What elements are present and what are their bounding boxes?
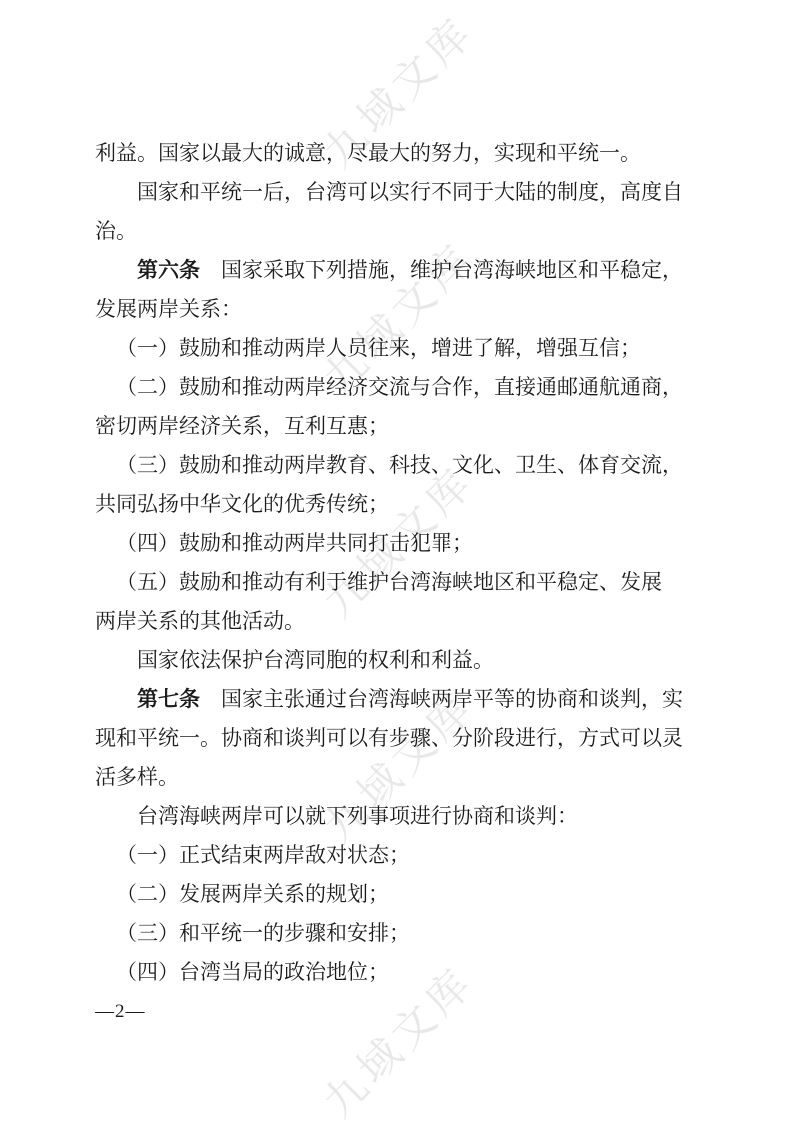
doc-line-text: （一）正式结束两岸敌对状态； xyxy=(116,843,410,867)
doc-line-text: 共同弘扬中华文化的优秀传统； xyxy=(95,492,389,516)
doc-line: 共同弘扬中华文化的优秀传统； xyxy=(95,485,697,524)
page-number-text: —2— xyxy=(95,1001,146,1022)
doc-line-text: 发展两岸关系： xyxy=(95,297,242,321)
doc-line-text: 国家依法保护台湾同胞的权利和利益。 xyxy=(137,648,494,672)
doc-line-list-item: （一）正式结束两岸敌对状态； xyxy=(95,836,697,875)
doc-line-text: 国家和平统一后，台湾可以实行不同于大陆的制度，高度自 xyxy=(137,180,683,204)
doc-line-list-item: （四）台湾当局的政治地位； xyxy=(95,953,697,992)
doc-line-text: 治。 xyxy=(95,219,137,243)
doc-line: 国家和平统一后，台湾可以实行不同于大陆的制度，高度自 xyxy=(95,173,697,212)
article-number-label: 第六条 xyxy=(137,258,200,282)
doc-line-list-item: （四）鼓励和推动两岸共同打击犯罪； xyxy=(95,524,697,563)
doc-line-article-6: 第六条 国家采取下列措施，维护台湾海峡地区和平稳定， xyxy=(95,251,697,290)
document-page-body: 利益。国家以最大的诚意，尽最大的努力，实现和平统一。 国家和平统一后，台湾可以实… xyxy=(95,134,697,1031)
doc-line-text: （三）和平统一的步骤和安排； xyxy=(116,921,410,945)
doc-line-text: （三）鼓励和推动两岸教育、科技、文化、卫生、体育交流， xyxy=(116,453,683,477)
doc-line-text: 两岸关系的其他活动。 xyxy=(95,609,305,633)
doc-line-list-item: （一）鼓励和推动两岸人员往来，增进了解，增强互信； xyxy=(95,329,697,368)
doc-line-text: 国家主张通过台湾海峡两岸平等的协商和谈判，实 xyxy=(200,687,683,711)
doc-line-text: 活多样。 xyxy=(95,765,179,789)
doc-line-list-item: （三）和平统一的步骤和安排； xyxy=(95,914,697,953)
page-number: —2— xyxy=(95,992,697,1031)
doc-line-text: 台湾海峡两岸可以就下列事项进行协商和谈判： xyxy=(137,804,578,828)
doc-line: 利益。国家以最大的诚意，尽最大的努力，实现和平统一。 xyxy=(95,134,697,173)
doc-line-list-item: （五）鼓励和推动有利于维护台湾海峡地区和平稳定、发展 xyxy=(95,563,697,602)
doc-line-list-item: （二）发展两岸关系的规划； xyxy=(95,875,697,914)
doc-line-text: （五）鼓励和推动有利于维护台湾海峡地区和平稳定、发展 xyxy=(116,570,662,594)
doc-line-list-item: （二）鼓励和推动两岸经济交流与合作，直接通邮通航通商， xyxy=(95,368,697,407)
doc-line-text: 现和平统一。协商和谈判可以有步骤、分阶段进行，方式可以灵 xyxy=(95,726,683,750)
doc-line-text: （二）鼓励和推动两岸经济交流与合作，直接通邮通航通商， xyxy=(116,375,683,399)
article-number-label: 第七条 xyxy=(137,687,200,711)
doc-line-text: （四）鼓励和推动两岸共同打击犯罪； xyxy=(116,531,473,555)
doc-line: 现和平统一。协商和谈判可以有步骤、分阶段进行，方式可以灵 xyxy=(95,719,697,758)
doc-line-text: （一）鼓励和推动两岸人员往来，增进了解，增强互信； xyxy=(116,336,641,360)
doc-line: 国家依法保护台湾同胞的权利和利益。 xyxy=(95,641,697,680)
doc-line-text: （二）发展两岸关系的规划； xyxy=(116,882,389,906)
doc-line-text: （四）台湾当局的政治地位； xyxy=(116,960,389,984)
doc-line-text: 密切两岸经济关系，互利互惠； xyxy=(95,414,389,438)
doc-line: 两岸关系的其他活动。 xyxy=(95,602,697,641)
doc-line-text: 利益。国家以最大的诚意，尽最大的努力，实现和平统一。 xyxy=(95,141,641,165)
doc-line-list-item: （三）鼓励和推动两岸教育、科技、文化、卫生、体育交流， xyxy=(95,446,697,485)
doc-line-article-7: 第七条 国家主张通过台湾海峡两岸平等的协商和谈判，实 xyxy=(95,680,697,719)
doc-line: 发展两岸关系： xyxy=(95,290,697,329)
doc-line: 活多样。 xyxy=(95,758,697,797)
doc-line-text: 国家采取下列措施，维护台湾海峡地区和平稳定， xyxy=(200,258,683,282)
doc-line: 密切两岸经济关系，互利互惠； xyxy=(95,407,697,446)
doc-line: 台湾海峡两岸可以就下列事项进行协商和谈判： xyxy=(95,797,697,836)
doc-line: 治。 xyxy=(95,212,697,251)
